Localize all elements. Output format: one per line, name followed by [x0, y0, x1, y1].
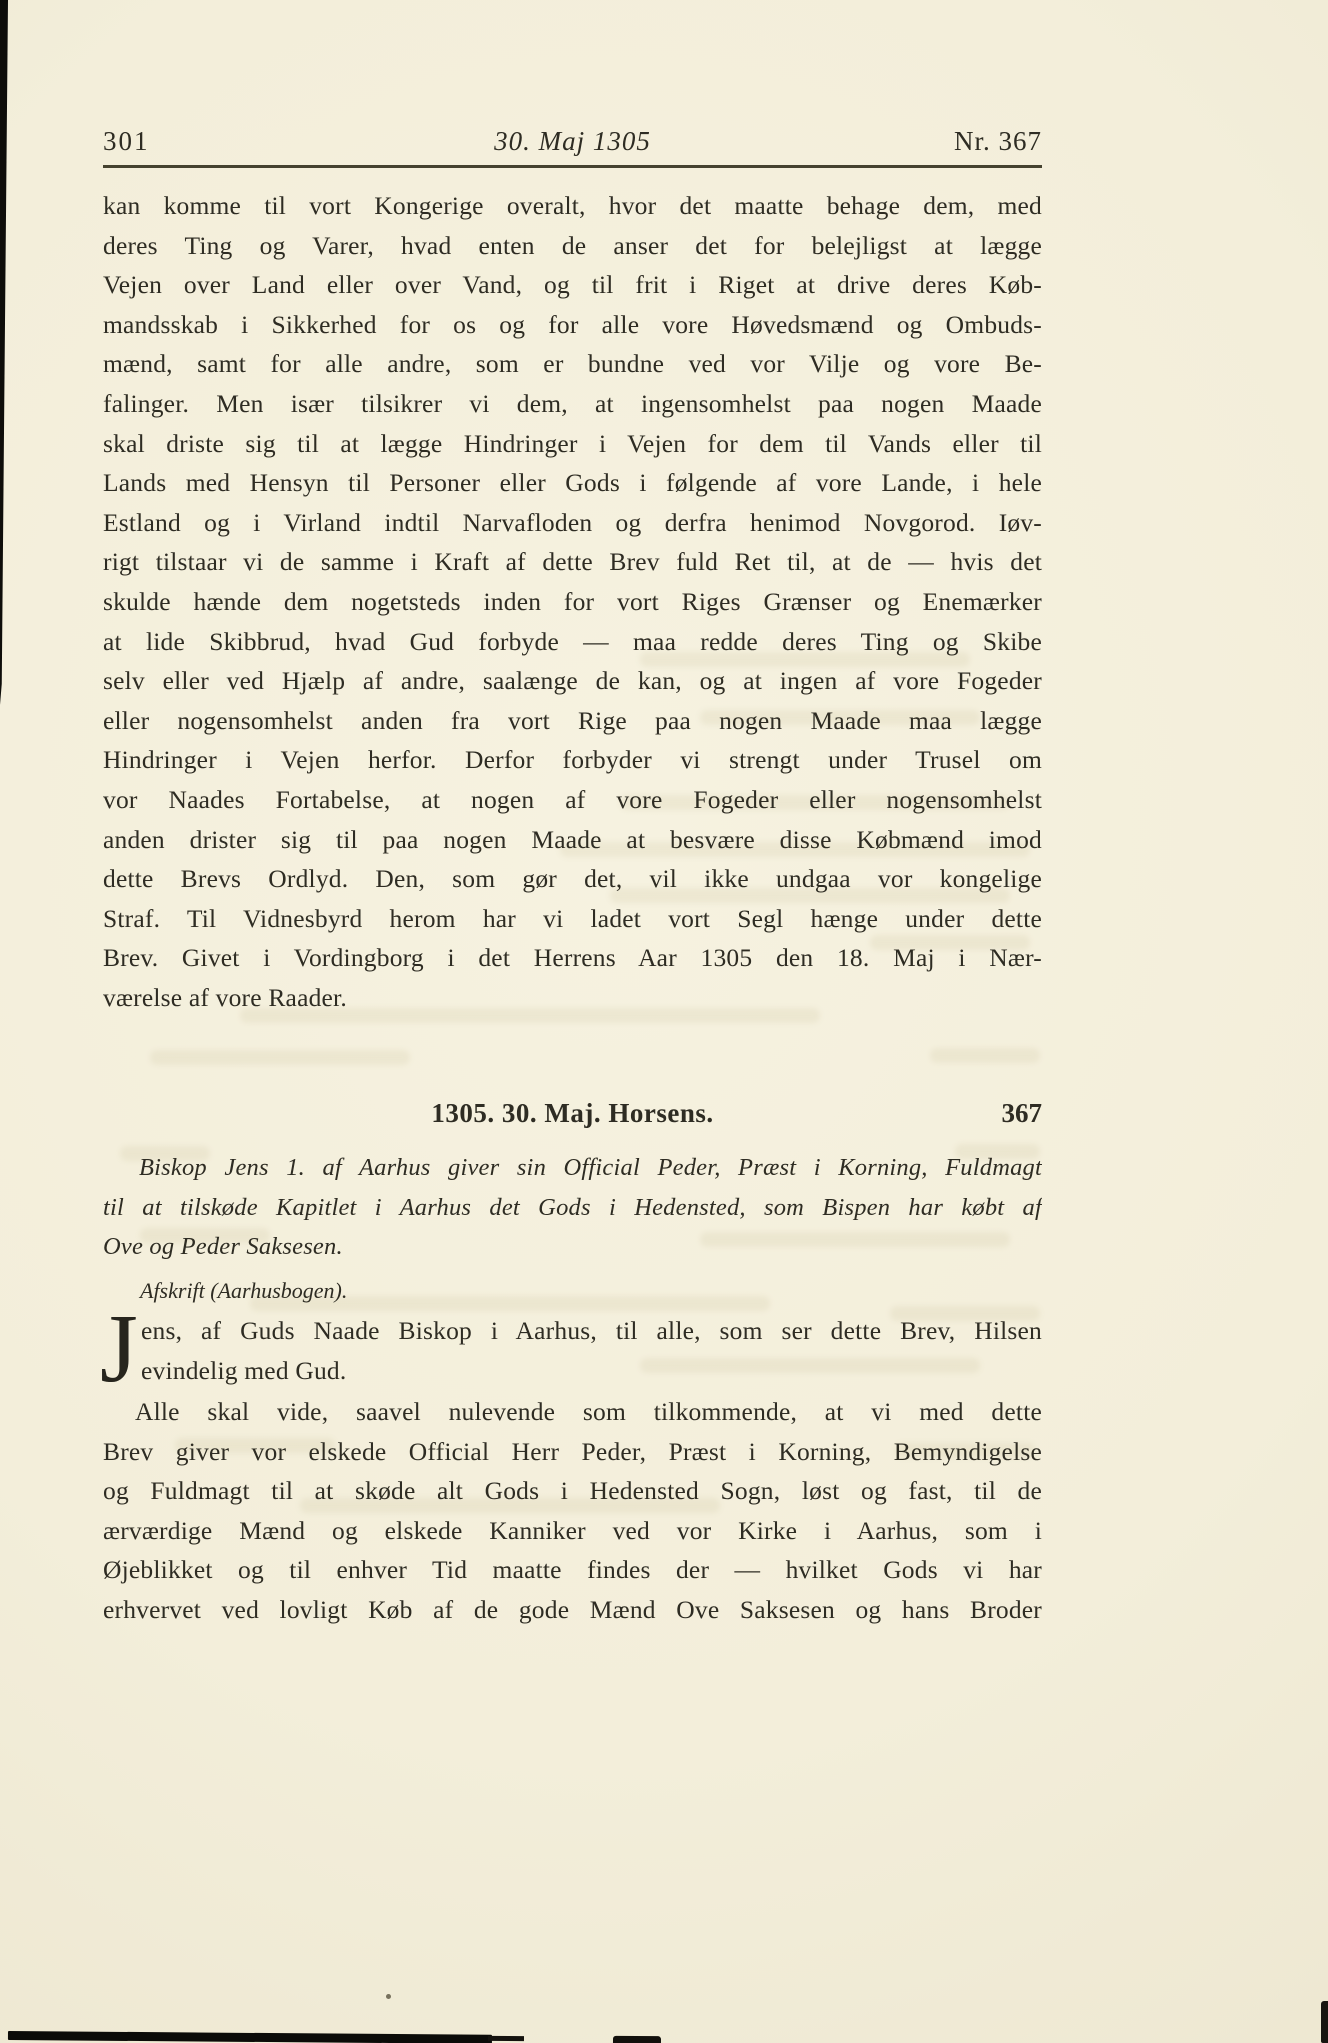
- text-line: falinger. Men især tilsikrer vi dem, at …: [103, 384, 1042, 424]
- text-line: vor Naades Fortabelse, at nogen af vore …: [103, 780, 1042, 820]
- text-line: dette Brevs Ordlyd. Den, som gør det, vi…: [103, 859, 1042, 899]
- text-line: mænd, samt for alle andre, som er bundne…: [103, 344, 1042, 384]
- text-line: erhvervet ved lovligt Køb af de gode Mæn…: [103, 1590, 1042, 1630]
- text-line: værelse af vore Raader.: [103, 978, 1042, 1018]
- heading-number: 367: [1002, 1098, 1043, 1129]
- document-heading: 1305. 30. Maj. Horsens. 367: [103, 1098, 1042, 1138]
- summary-line: Biskop Jens 1. af Aarhus giver sin Offic…: [103, 1148, 1042, 1188]
- text-line: deres Ting og Varer, hvad enten de anser…: [103, 226, 1042, 266]
- text-line: Hindringer i Vejen herfor. Derfor forbyd…: [103, 740, 1042, 780]
- summary-line: Ove og Peder Saksesen.: [103, 1227, 1042, 1267]
- show-through-mark: [930, 1048, 1040, 1063]
- text-line: Alle skal vide, saavel nulevende som til…: [103, 1392, 1042, 1432]
- text-line: anden drister sig til paa nogen Maade at…: [103, 820, 1042, 860]
- scan-edge-bottom-bar: [8, 2031, 492, 2043]
- document-summary: Biskop Jens 1. af Aarhus giver sin Offic…: [103, 1148, 1042, 1267]
- text-line: Brev giver vor elskede Official Herr Ped…: [103, 1432, 1042, 1472]
- scanned-book-page: 301 30. Maj 1305 Nr. 367 kan komme til v…: [0, 0, 1328, 2043]
- heading-date-place: 1305. 30. Maj. Horsens.: [103, 1098, 1042, 1129]
- document-body-text: Alle skal vide, saavel nulevende som til…: [103, 1392, 1042, 1630]
- text-line: Lands med Hensyn til Personer eller Gods…: [103, 463, 1042, 503]
- text-line: ærværdige Mænd og elskede Kanniker ved v…: [103, 1511, 1042, 1551]
- source-note: Afskrift (Aarhusbogen).: [103, 1275, 1079, 1307]
- text-line: eller nogensomhelst anden fra vort Rige …: [103, 701, 1042, 741]
- scan-bottom-smudge: [613, 2036, 661, 2043]
- document-number-ref: Nr. 367: [954, 126, 1042, 157]
- scan-edge-right: [1321, 2001, 1328, 2043]
- text-line: rigt tilstaar vi de samme i Kraft af det…: [103, 542, 1042, 582]
- text-line: Vejen over Land eller over Vand, og til …: [103, 265, 1042, 305]
- ink-speck: [386, 1994, 391, 1999]
- text-line: Brev. Givet i Vordingborg i det Herrens …: [103, 938, 1042, 978]
- text-line: kan komme til vort Kongerige overalt, hv…: [103, 186, 1042, 226]
- previous-document-text: kan komme til vort Kongerige overalt, hv…: [103, 186, 1042, 1017]
- text-line: evindelig med Gud.: [141, 1351, 1042, 1391]
- drop-cap-initial: J: [100, 1306, 138, 1391]
- scan-edge-left: [0, 0, 8, 705]
- text-line: at lide Skibbrud, hvad Gud forbyde — maa…: [103, 622, 1042, 662]
- text-line: skal driste sig til at lægge Hindringer …: [103, 424, 1042, 464]
- text-line: ens, af Guds Naade Biskop i Aarhus, til …: [141, 1311, 1042, 1351]
- text-line: Straf. Til Vidnesbyrd herom har vi ladet…: [103, 899, 1042, 939]
- text-line: Øjeblikket og til enhver Tid maatte find…: [103, 1550, 1042, 1590]
- show-through-mark: [150, 1050, 410, 1065]
- text-line: selv eller ved Hjælp af andre, saalænge …: [103, 661, 1042, 701]
- text-line: mandsskab i Sikkerhed for os og for alle…: [103, 305, 1042, 345]
- header-rule: [103, 165, 1042, 168]
- scan-edge-bottom-thin: [488, 2036, 524, 2041]
- summary-line: til at tilskøde Kapitlet i Aarhus det Go…: [103, 1188, 1042, 1228]
- text-line: skulde hænde dem nogetsteds inden for vo…: [103, 582, 1042, 622]
- text-line: og Fuldmagt til at skøde alt Gods i Hede…: [103, 1471, 1042, 1511]
- text-line: Estland og i Virland indtil Narvafloden …: [103, 503, 1042, 543]
- running-header: 301 30. Maj 1305 Nr. 367: [103, 126, 1042, 160]
- document-opening: J ens, af Guds Naade Biskop i Aarhus, ti…: [103, 1311, 1042, 1390]
- running-head-date: 30. Maj 1305: [103, 126, 1042, 157]
